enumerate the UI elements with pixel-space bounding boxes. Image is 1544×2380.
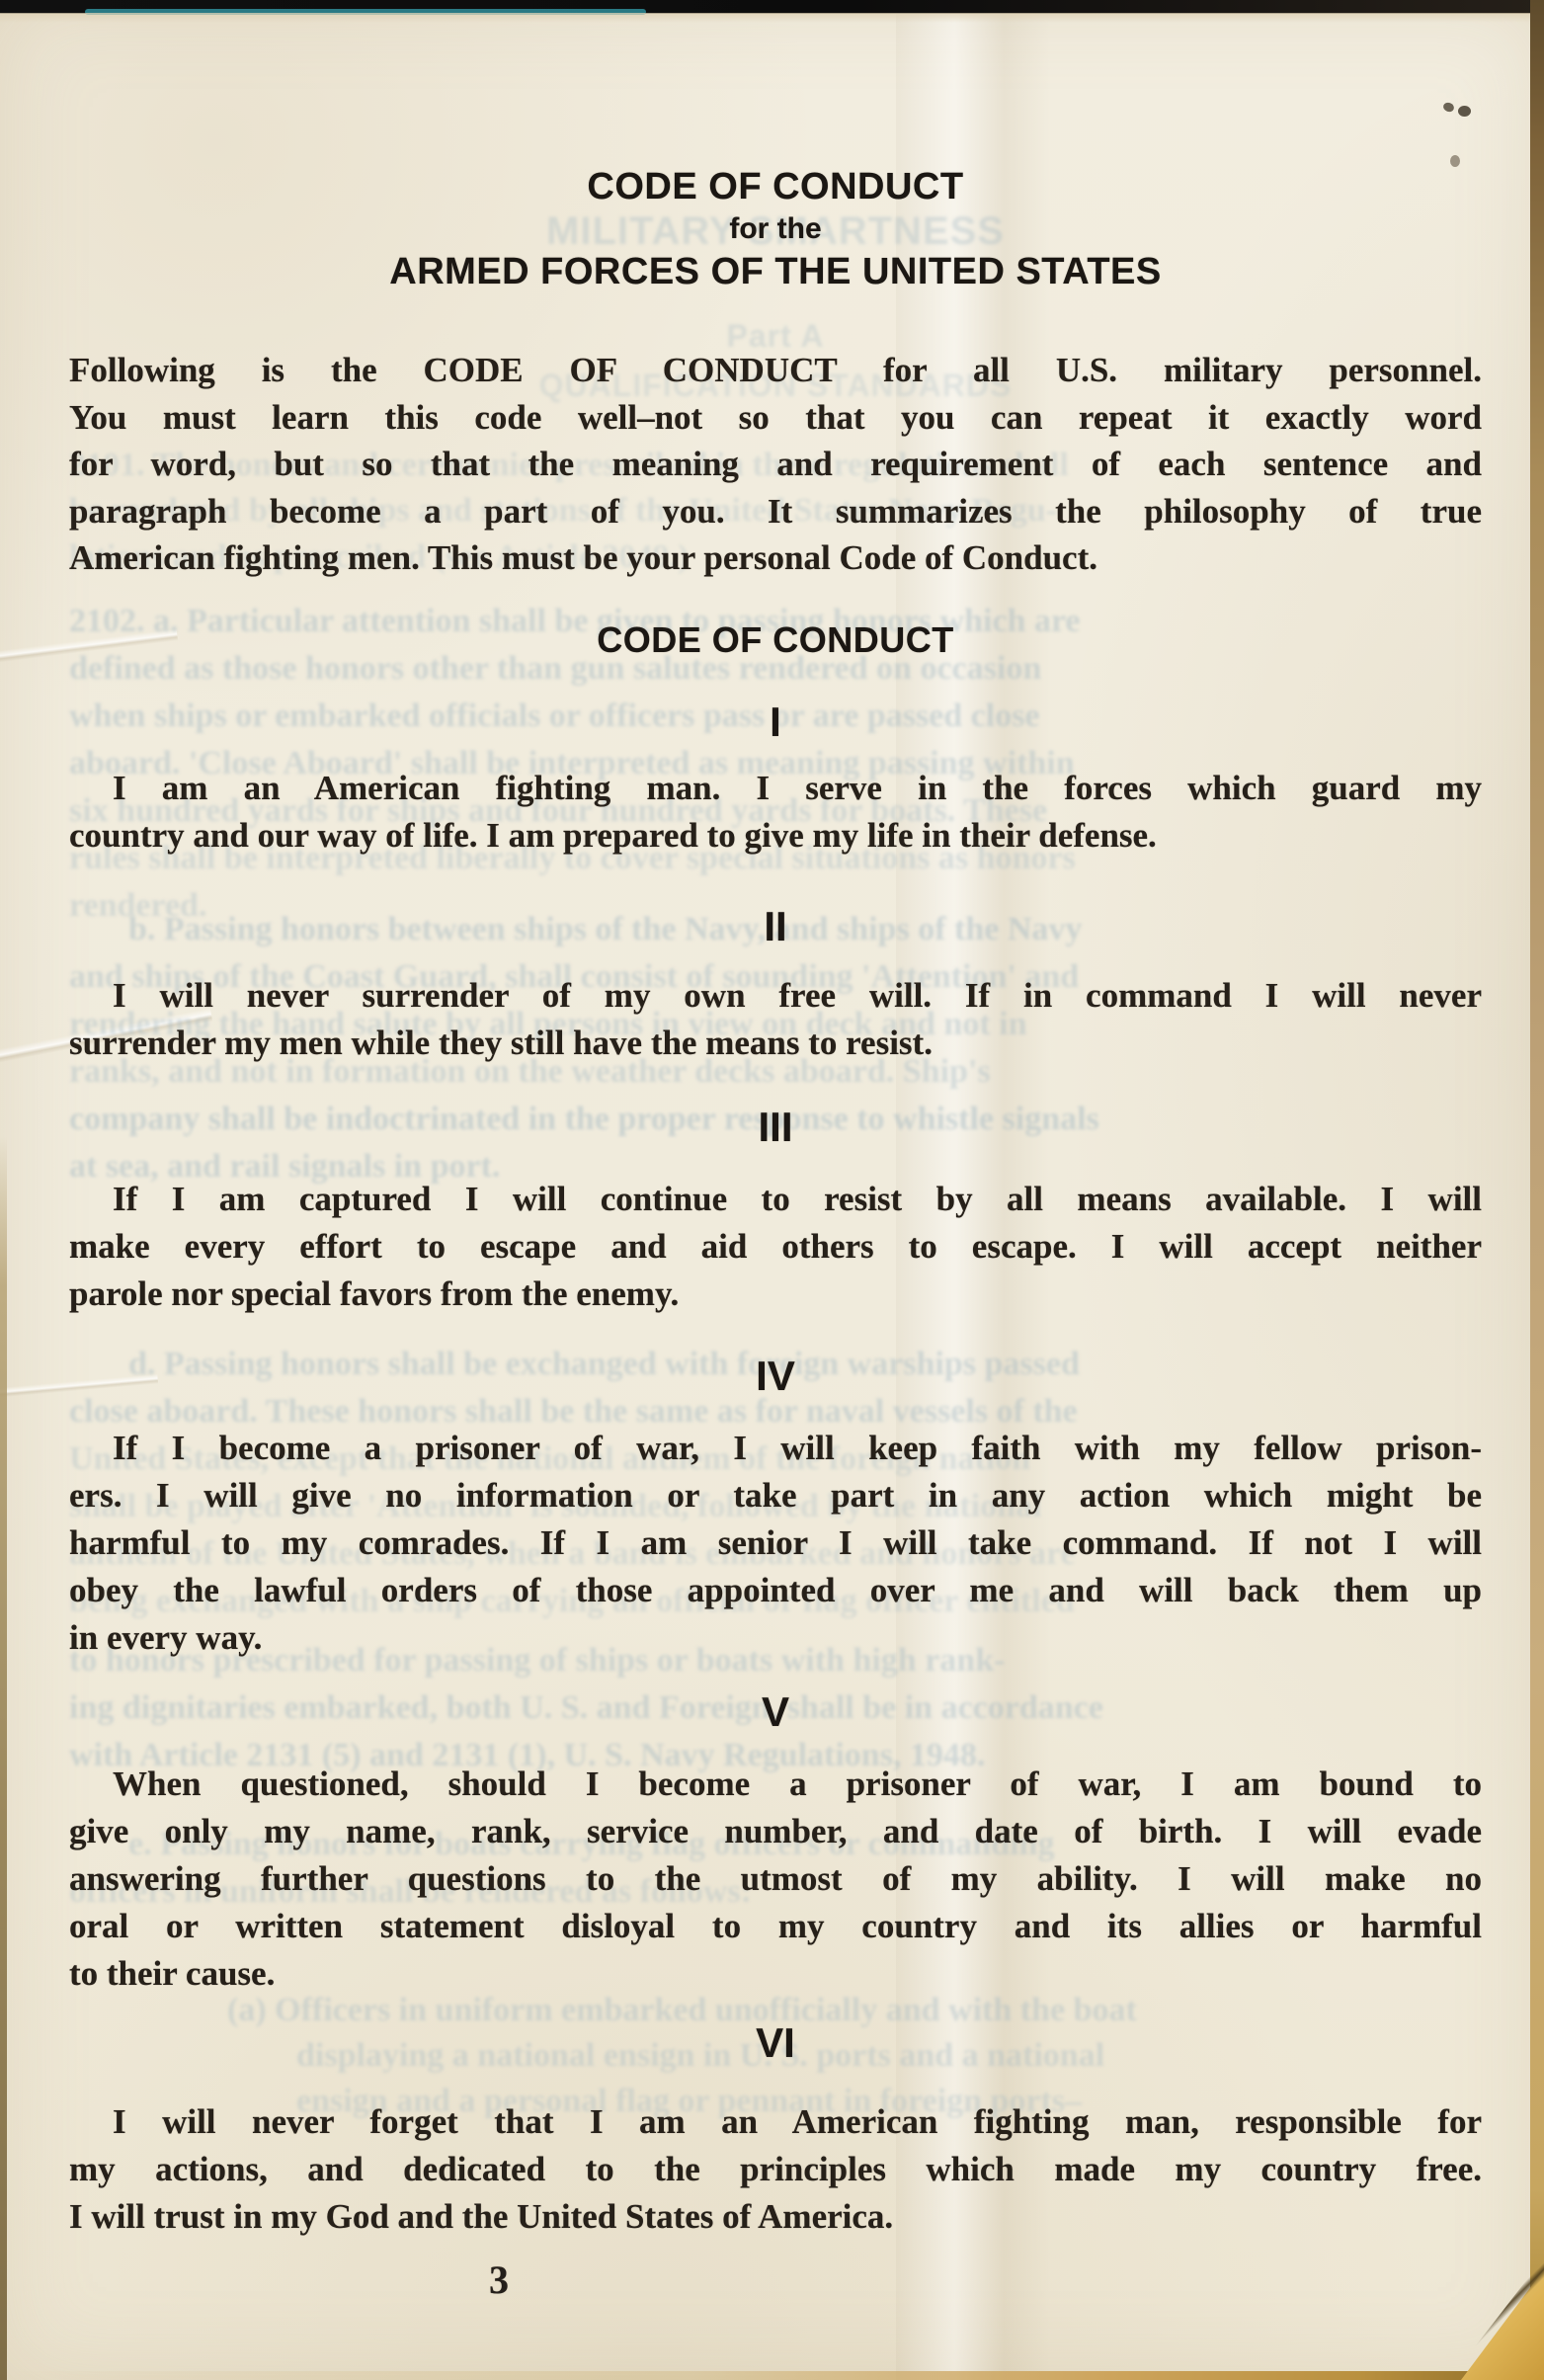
- text-line: obey the lawful orders of those appointe…: [69, 1567, 1482, 1614]
- text-line: oral or written statement disloyal to my…: [69, 1903, 1482, 1950]
- article-text-VI: I will never forget that I am an America…: [69, 2098, 1482, 2241]
- text-line: You must learn this code well–not so tha…: [69, 394, 1482, 442]
- text-line: give only my name, rank, service number,…: [69, 1808, 1482, 1855]
- text-line: I will never surrender of my own free wi…: [69, 972, 1482, 1020]
- text-line: parole nor special favors from the enemy…: [69, 1271, 1482, 1318]
- article-text-III: If I am captured I will continue to resi…: [69, 1176, 1482, 1318]
- book-edge-bottom: [0, 2371, 1544, 2380]
- article-text-IV: If I become a prisoner of war, I will ke…: [69, 1425, 1482, 1662]
- article-numeral-III: III: [69, 1104, 1482, 1151]
- text-line: Following is the CODE OF CONDUCT for all…: [69, 347, 1482, 394]
- text-line: I will trust in my God and the United St…: [69, 2193, 1482, 2241]
- text-line: harmful to my comrades. If I am senior I…: [69, 1519, 1482, 1567]
- title-line-3: ARMED FORCES OF THE UNITED STATES: [69, 249, 1482, 294]
- text-line: in every way.: [69, 1614, 1482, 1662]
- text-line: surrender my men while they still have t…: [69, 1020, 1482, 1067]
- article-text-I: I am an American fighting man. I serve i…: [69, 765, 1482, 860]
- text-line: If I am captured I will continue to resi…: [69, 1176, 1482, 1223]
- paper-top-highlight: [0, 13, 1544, 23]
- text-line: answering further questions to the utmos…: [69, 1855, 1482, 1903]
- page-number: 3: [69, 2257, 929, 2303]
- title-line-2: for the: [69, 209, 1482, 249]
- article-text-V: When questioned, should I become a priso…: [69, 1761, 1482, 1998]
- text-line: paragraph become a part of you. It summa…: [69, 488, 1482, 535]
- document-page: MILITARY SMARTNESSPart AQUALIFICATION ST…: [0, 0, 1544, 2380]
- article-text-II: I will never surrender of my own free wi…: [69, 972, 1482, 1067]
- title-line-1: CODE OF CONDUCT: [69, 164, 1482, 209]
- section-heading: CODE OF CONDUCT: [69, 618, 1482, 662]
- text-line: American fighting men. This must be your…: [69, 534, 1482, 582]
- text-line: country and our way of life. I am prepar…: [69, 812, 1482, 860]
- article-numeral-I: I: [69, 698, 1482, 746]
- scan-speck: [1450, 155, 1460, 167]
- text-line: for word, but so that the meaning and re…: [69, 441, 1482, 488]
- book-edge-left: [0, 1136, 7, 2380]
- book-edge-right: [1530, 0, 1544, 2380]
- text-line: my actions, and dedicated to the princip…: [69, 2146, 1482, 2193]
- page-content: CODE OF CONDUCT for the ARMED FORCES OF …: [0, 0, 1544, 2380]
- page-title: CODE OF CONDUCT for the ARMED FORCES OF …: [69, 164, 1482, 294]
- text-line: I am an American fighting man. I serve i…: [69, 765, 1482, 812]
- article-numeral-II: II: [69, 903, 1482, 950]
- scan-speck: [1458, 106, 1471, 117]
- text-line: to their cause.: [69, 1950, 1482, 1998]
- article-numeral-VI: VI: [69, 2019, 1482, 2067]
- intro-paragraph: Following is the CODE OF CONDUCT for all…: [69, 347, 1482, 582]
- text-line: If I become a prisoner of war, I will ke…: [69, 1425, 1482, 1472]
- article-numeral-IV: IV: [69, 1353, 1482, 1400]
- text-line: When questioned, should I become a priso…: [69, 1761, 1482, 1808]
- text-line: ers. I will give no information or take …: [69, 1472, 1482, 1519]
- text-line: make every effort to escape and aid othe…: [69, 1223, 1482, 1271]
- text-line: I will never forget that I am an America…: [69, 2098, 1482, 2146]
- article-numeral-V: V: [69, 1688, 1482, 1736]
